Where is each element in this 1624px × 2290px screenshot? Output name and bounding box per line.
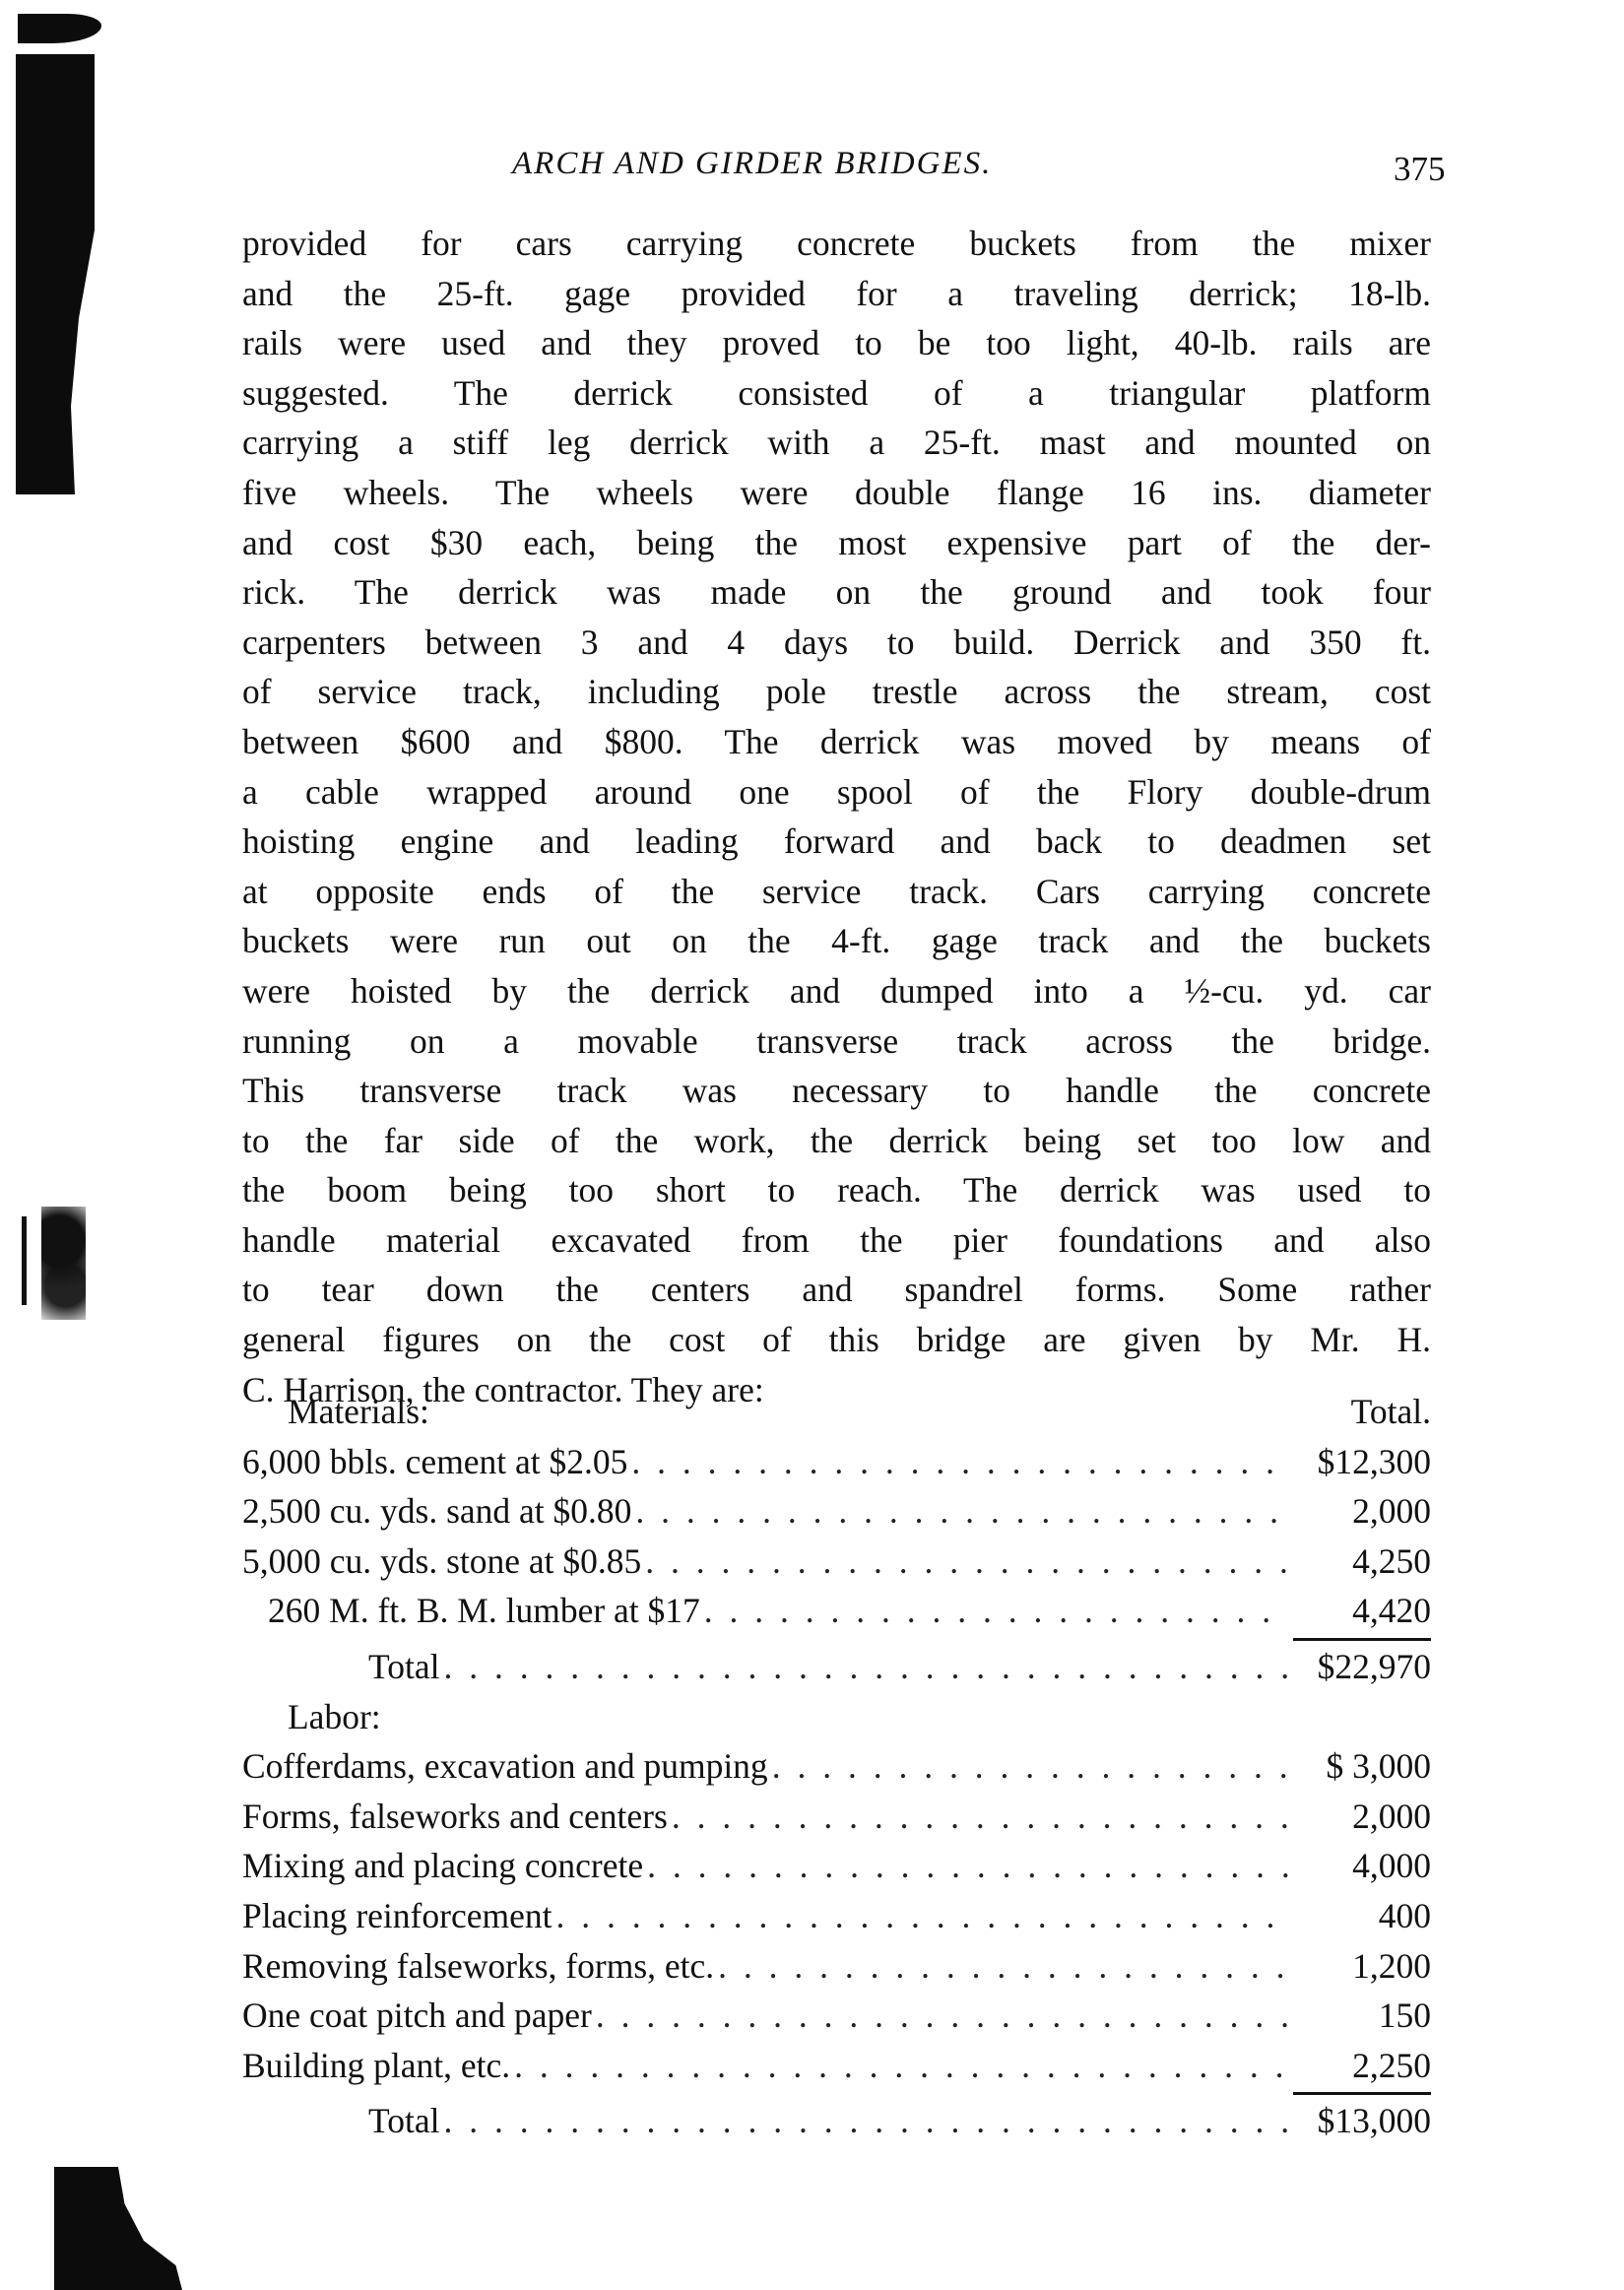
item-label: 260 M. ft. B. M. lumber at $17 xyxy=(242,1586,700,1636)
materials-row: 6,000 bbls. cement at $2.05 $12,300 xyxy=(242,1437,1431,1487)
scan-artifact-bottom xyxy=(54,2167,182,2290)
item-label: 5,000 cu. yds. stone at $0.85 xyxy=(242,1537,641,1587)
text-line: This transverse track was necessary to h… xyxy=(242,1066,1431,1116)
text-line: of service track, including pole trestle… xyxy=(242,667,1431,717)
leader-dots xyxy=(443,2096,1289,2146)
labor-row: One coat pitch and paper 150 xyxy=(242,1991,1431,2041)
labor-heading: Labor: xyxy=(242,1692,381,1742)
item-amount: 4,420 xyxy=(1293,1586,1431,1636)
labor-row: Mixing and placing concrete 4,000 xyxy=(242,1841,1431,1891)
labor-total-row: Total $13,000 xyxy=(242,2096,1431,2146)
leader-dots xyxy=(704,1586,1289,1636)
materials-row: 260 M. ft. B. M. lumber at $17 4,420 xyxy=(242,1586,1431,1636)
item-label: One coat pitch and paper xyxy=(242,1991,592,2041)
item-amount: 1,200 xyxy=(1293,1941,1431,1992)
text-line: at opposite ends of the service track. C… xyxy=(242,867,1431,917)
text-line: to tear down the centers and spandrel fo… xyxy=(242,1265,1431,1315)
leader-dots xyxy=(718,1941,1289,1992)
item-amount: 4,250 xyxy=(1293,1537,1431,1587)
text-line: to the far side of the work, the derrick… xyxy=(242,1116,1431,1166)
cost-tables: Materials: Total. 6,000 bbls. cement at … xyxy=(242,1387,1431,2146)
leader-dots xyxy=(772,1741,1289,1792)
text-line: running on a movable transverse track ac… xyxy=(242,1016,1431,1067)
labor-row: Removing falseworks, forms, etc. 1,200 xyxy=(242,1941,1431,1992)
item-label: Forms, falseworks and centers xyxy=(242,1792,668,1842)
text-line: between $600 and $800. The derrick was m… xyxy=(242,717,1431,767)
item-amount: 2,250 xyxy=(1293,2041,1431,2091)
item-label: 2,500 cu. yds. sand at $0.80 xyxy=(242,1486,631,1537)
total-label: Total xyxy=(242,2096,439,2146)
item-label: Cofferdams, excavation and pumping xyxy=(242,1741,768,1792)
labor-row: Placing reinforcement 400 xyxy=(242,1891,1431,1941)
text-line: carrying a stiff leg derrick with a 25-f… xyxy=(242,418,1431,468)
scan-artifact-middle xyxy=(22,1207,91,1330)
materials-row: 2,500 cu. yds. sand at $0.80 2,000 xyxy=(242,1486,1431,1537)
item-amount: 2,000 xyxy=(1293,1486,1431,1537)
body-paragraph: provided for cars carrying concrete buck… xyxy=(242,219,1431,1414)
item-amount: 2,000 xyxy=(1293,1792,1431,1842)
text-line: and cost $30 each, being the most expens… xyxy=(242,518,1431,568)
total-amount: $22,970 xyxy=(1293,1642,1431,1692)
page-number: 375 xyxy=(1394,150,1446,189)
text-line: a cable wrapped around one spool of the … xyxy=(242,767,1431,818)
materials-total-row: Total $22,970 xyxy=(242,1642,1431,1692)
leader-dots xyxy=(596,1991,1289,2041)
sum-rule xyxy=(242,1636,1431,1648)
text-line: rick. The derrick was made on the ground… xyxy=(242,567,1431,618)
item-label: Mixing and placing concrete xyxy=(242,1841,643,1891)
item-amount: 150 xyxy=(1293,1991,1431,2041)
item-amount: $12,300 xyxy=(1293,1437,1431,1487)
leader-dots xyxy=(443,1642,1289,1692)
text-line: the boom being too short to reach. The d… xyxy=(242,1165,1431,1215)
leader-dots xyxy=(631,1437,1289,1487)
leader-dots xyxy=(645,1537,1289,1587)
scan-artifact-binding xyxy=(16,54,95,494)
materials-heading: Materials: xyxy=(242,1387,429,1437)
leader-dots xyxy=(514,2041,1289,2091)
text-line: hoisting engine and leading forward and … xyxy=(242,817,1431,867)
leader-dots xyxy=(647,1841,1289,1891)
total-amount: $13,000 xyxy=(1293,2096,1431,2146)
labor-row: Cofferdams, excavation and pumping $ 3,0… xyxy=(242,1741,1431,1792)
text-line: suggested. The derrick consisted of a tr… xyxy=(242,368,1431,419)
materials-row: 5,000 cu. yds. stone at $0.85 4,250 xyxy=(242,1537,1431,1587)
item-amount: 4,000 xyxy=(1293,1841,1431,1891)
text-line: and the 25-ft. gage provided for a trave… xyxy=(242,269,1431,319)
total-label: Total xyxy=(242,1642,439,1692)
text-line: general figures on the cost of this brid… xyxy=(242,1315,1431,1365)
text-line: buckets were run out on the 4-ft. gage t… xyxy=(242,916,1431,966)
text-line: carpenters between 3 and 4 days to build… xyxy=(242,618,1431,668)
labor-row: Forms, falseworks and centers 2,000 xyxy=(242,1792,1431,1842)
leader-dots xyxy=(672,1792,1289,1842)
leader-dots xyxy=(555,1891,1289,1941)
item-label: 6,000 bbls. cement at $2.05 xyxy=(242,1437,627,1487)
leader-dots xyxy=(635,1486,1289,1537)
text-line: handle material excavated from the pier … xyxy=(242,1215,1431,1266)
running-head: ARCH AND GIRDER BRIDGES. xyxy=(512,146,992,182)
text-line: provided for cars carrying concrete buck… xyxy=(242,219,1431,269)
labor-row: Building plant, etc. 2,250 xyxy=(242,2041,1431,2091)
total-column-header: Total. xyxy=(1293,1387,1431,1437)
labor-heading-row: Labor: xyxy=(242,1692,1431,1742)
item-amount: 400 xyxy=(1293,1891,1431,1941)
page-header: ARCH AND GIRDER BRIDGES. 375 xyxy=(0,146,1624,195)
text-line: five wheels. The wheels were double flan… xyxy=(242,468,1431,518)
item-label: Removing falseworks, forms, etc. xyxy=(242,1941,714,1992)
scan-artifact-top xyxy=(18,14,101,43)
materials-heading-row: Materials: Total. xyxy=(242,1387,1431,1437)
item-label: Placing reinforcement xyxy=(242,1891,552,1941)
sum-rule xyxy=(242,2090,1431,2102)
item-amount: $ 3,000 xyxy=(1293,1741,1431,1792)
text-line: rails were used and they proved to be to… xyxy=(242,318,1431,368)
item-label: Building plant, etc. xyxy=(242,2041,510,2091)
text-line: were hoisted by the derrick and dumped i… xyxy=(242,966,1431,1016)
